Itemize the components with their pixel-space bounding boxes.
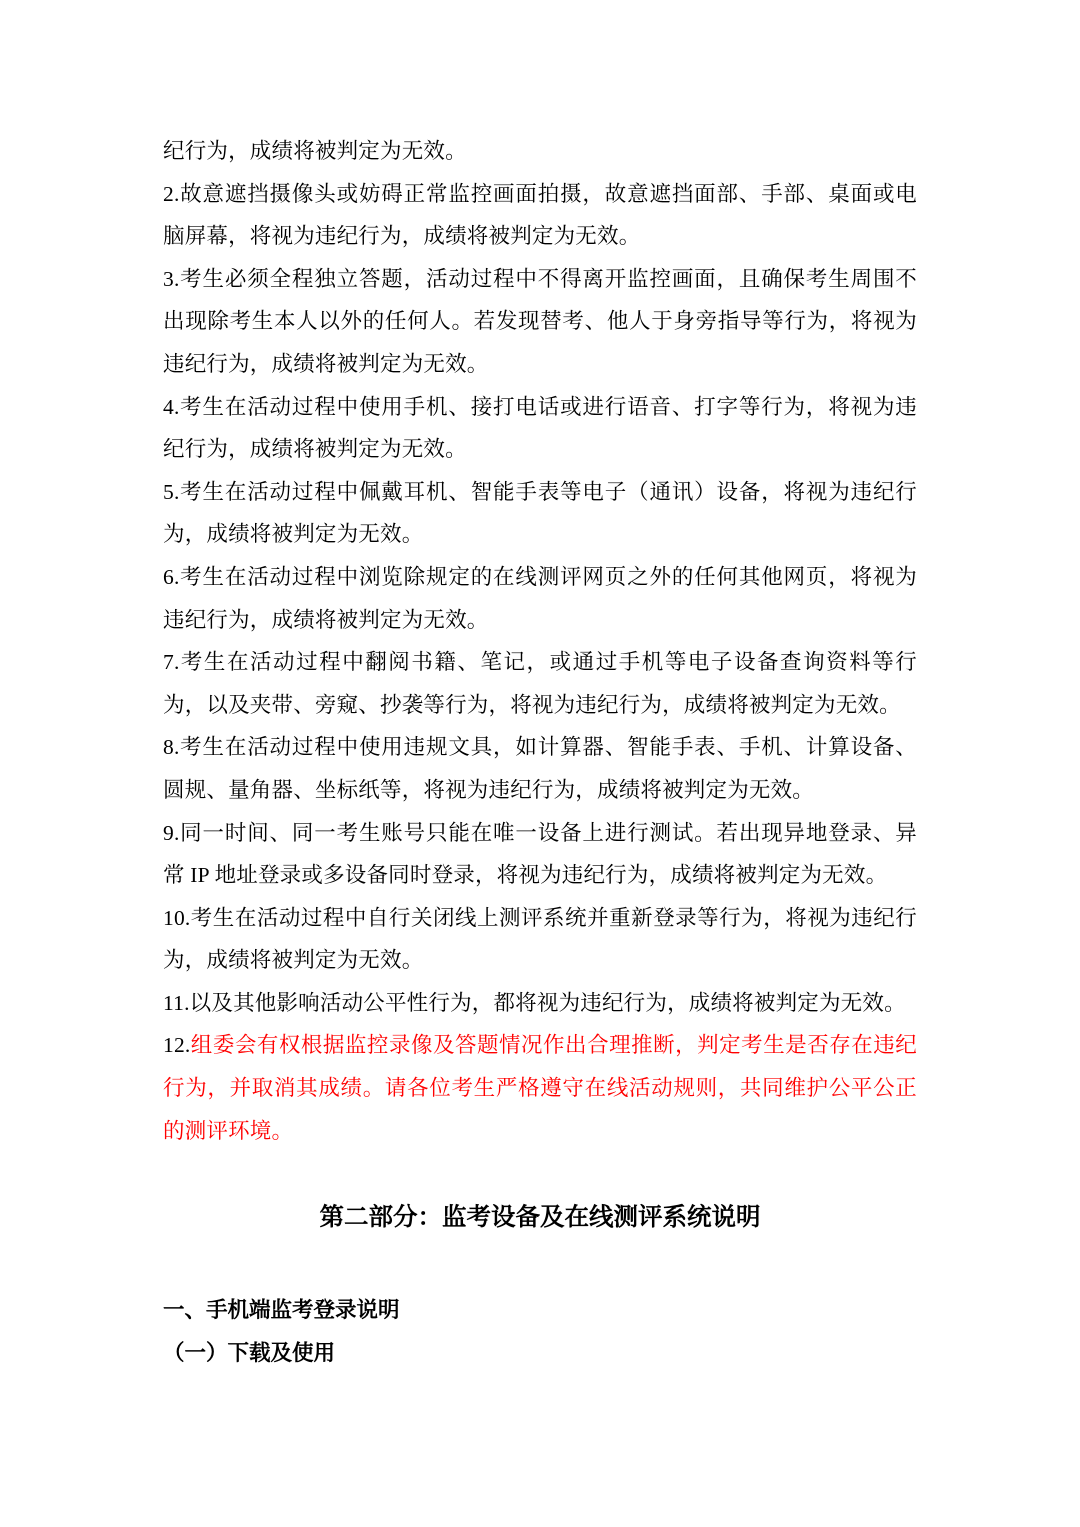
rule-text: 7.考生在活动过程中翻阅书籍、笔记，或通过手机等电子设备查询资料等行为，以及夹带… [163,650,917,717]
rule-text: 5.考生在活动过程中佩戴耳机、智能手表等电子（通讯）设备，将视为违纪行为，成绩将… [163,480,917,547]
subsection-heading-download-and-use: （一）下载及使用 [163,1332,917,1375]
rule-paragraph: 9.同一时间、同一考生账号只能在唯一设备上进行测试。若出现异地登录、异常 IP … [163,812,917,897]
rule-text: 3.考生必须全程独立答题，活动过程中不得离开监控画面，且确保考生周围不出现除考生… [163,267,917,376]
rule-paragraph: 3.考生必须全程独立答题，活动过程中不得离开监控画面，且确保考生周围不出现除考生… [163,258,917,386]
rule-text: 12. [163,1033,190,1057]
rule-text: 6.考生在活动过程中浏览除规定的在线测评网页之外的任何其他网页，将视为违纪行为，… [163,565,917,632]
rule-paragraph: 7.考生在活动过程中翻阅书籍、笔记，或通过手机等电子设备查询资料等行为，以及夹带… [163,641,917,726]
rule-text: 2.故意遮挡摄像头或妨碍正常监控画面拍摄，故意遮挡面部、手部、桌面或电脑屏幕，将… [163,182,917,249]
sub-headings: 一、手机端监考登录说明 （一）下载及使用 [163,1289,917,1374]
rule-paragraph: 8.考生在活动过程中使用违规文具，如计算器、智能手表、手机、计算设备、圆规、量角… [163,726,917,811]
rule-paragraph: 2.故意遮挡摄像头或妨碍正常监控画面拍摄，故意遮挡面部、手部、桌面或电脑屏幕，将… [163,173,917,258]
rule-paragraph: 10.考生在活动过程中自行关闭线上测评系统并重新登录等行为，将视为违纪行为，成绩… [163,897,917,982]
section-heading: 第二部分：监考设备及在线测评系统说明 [163,1193,917,1243]
rules-text: 纪行为，成绩将被判定为无效。2.故意遮挡摄像头或妨碍正常监控画面拍摄，故意遮挡面… [163,130,917,1152]
rule-text: 10.考生在活动过程中自行关闭线上测评系统并重新登录等行为，将视为违纪行为，成绩… [163,906,917,973]
document-page: 纪行为，成绩将被判定为无效。2.故意遮挡摄像头或妨碍正常监控画面拍摄，故意遮挡面… [0,0,1080,1527]
rule-paragraph: 11.以及其他影响活动公平性行为，都将视为违纪行为，成绩将被判定为无效。 [163,982,917,1025]
rule-paragraph: 12.组委会有权根据监控录像及答题情况作出合理推断，判定考生是否存在违纪行为，并… [163,1024,917,1152]
rule-paragraph: 5.考生在活动过程中佩戴耳机、智能手表等电子（通讯）设备，将视为违纪行为，成绩将… [163,471,917,556]
rule-paragraph: 纪行为，成绩将被判定为无效。 [163,130,917,173]
rule-text: 纪行为，成绩将被判定为无效。 [163,139,467,163]
rule-text: 4.考生在活动过程中使用手机、接打电话或进行语音、打字等行为，将视为违纪行为，成… [163,395,917,462]
rule-text: 8.考生在活动过程中使用违规文具，如计算器、智能手表、手机、计算设备、圆规、量角… [163,735,917,802]
rule-paragraph: 6.考生在活动过程中浏览除规定的在线测评网页之外的任何其他网页，将视为违纪行为，… [163,556,917,641]
rule-text: 9.同一时间、同一考生账号只能在唯一设备上进行测试。若出现异地登录、异常 IP … [163,821,917,888]
subsection-heading-phone-proctor-login: 一、手机端监考登录说明 [163,1289,917,1332]
rule-text-red: 组委会有权根据监控录像及答题情况作出合理推断，判定考生是否存在违纪行为，并取消其… [163,1033,917,1142]
rule-paragraph: 4.考生在活动过程中使用手机、接打电话或进行语音、打字等行为，将视为违纪行为，成… [163,386,917,471]
rule-text: 11.以及其他影响活动公平性行为，都将视为违纪行为，成绩将被判定为无效。 [163,991,906,1015]
